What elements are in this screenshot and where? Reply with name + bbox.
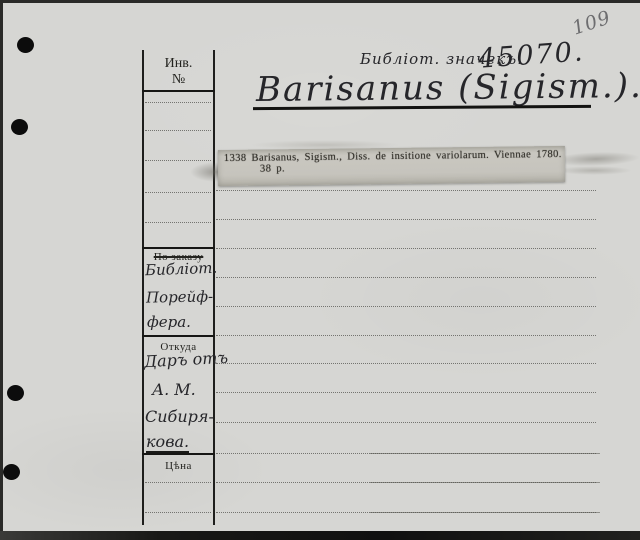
hole-punch bbox=[11, 119, 28, 135]
ruled-line bbox=[216, 422, 596, 423]
section-border bbox=[142, 247, 215, 249]
ruled-line-dark-segment bbox=[370, 482, 600, 483]
order-handwriting-line: Библіот. bbox=[145, 259, 218, 280]
scan-edge-bottom bbox=[0, 531, 640, 540]
scan-edge-top bbox=[0, 0, 640, 3]
ruled-line bbox=[145, 192, 211, 193]
inventory-label-line2: № bbox=[144, 72, 213, 88]
hole-punch bbox=[17, 37, 34, 53]
ruled-line bbox=[216, 248, 596, 249]
order-handwriting-line: Порейф- bbox=[146, 287, 213, 306]
page-number: 109 bbox=[570, 6, 614, 39]
ruled-line bbox=[216, 277, 596, 278]
pasted-catalog-slip: 1338 Barisanus, Sigism., Diss. de insiti… bbox=[218, 146, 565, 186]
ruled-line bbox=[216, 363, 596, 364]
ink-smudge bbox=[556, 166, 632, 175]
origin-handwriting-line: Сибиря- bbox=[145, 407, 214, 426]
ruled-line bbox=[216, 219, 596, 220]
inventory-label-line1: Инв. bbox=[144, 56, 213, 72]
ruled-line bbox=[216, 190, 596, 191]
ruled-line bbox=[145, 222, 211, 223]
inventory-header: Инв. № bbox=[144, 56, 213, 88]
scanned-catalog-card: 109 Инв. № По заказу Библіот. Порейф- фе… bbox=[0, 0, 640, 540]
section-border bbox=[142, 335, 215, 337]
price-label: Цѣна bbox=[144, 460, 213, 472]
ruled-line bbox=[145, 482, 211, 483]
section-border bbox=[142, 90, 215, 92]
ruled-line bbox=[216, 335, 596, 336]
ruled-line-dark-segment bbox=[370, 512, 600, 513]
ruled-line bbox=[145, 102, 211, 103]
section-border bbox=[142, 453, 215, 455]
ruled-line bbox=[216, 306, 596, 307]
ruled-line bbox=[145, 130, 211, 131]
ruled-line bbox=[145, 512, 211, 513]
hole-punch bbox=[3, 464, 20, 480]
origin-handwriting-line: кова. bbox=[146, 432, 189, 453]
hole-punch bbox=[7, 385, 24, 401]
ruled-line-dark-segment bbox=[370, 453, 600, 454]
ruled-line bbox=[145, 160, 211, 161]
order-handwriting-line: фера. bbox=[147, 313, 191, 331]
ruled-line bbox=[216, 392, 596, 393]
origin-handwriting-line: А. М. bbox=[152, 380, 196, 399]
scan-edge-left bbox=[0, 0, 3, 540]
card-title: Barisanus (Sigism.). bbox=[256, 66, 640, 110]
origin-handwriting-line: Даръ отъ bbox=[144, 348, 229, 371]
